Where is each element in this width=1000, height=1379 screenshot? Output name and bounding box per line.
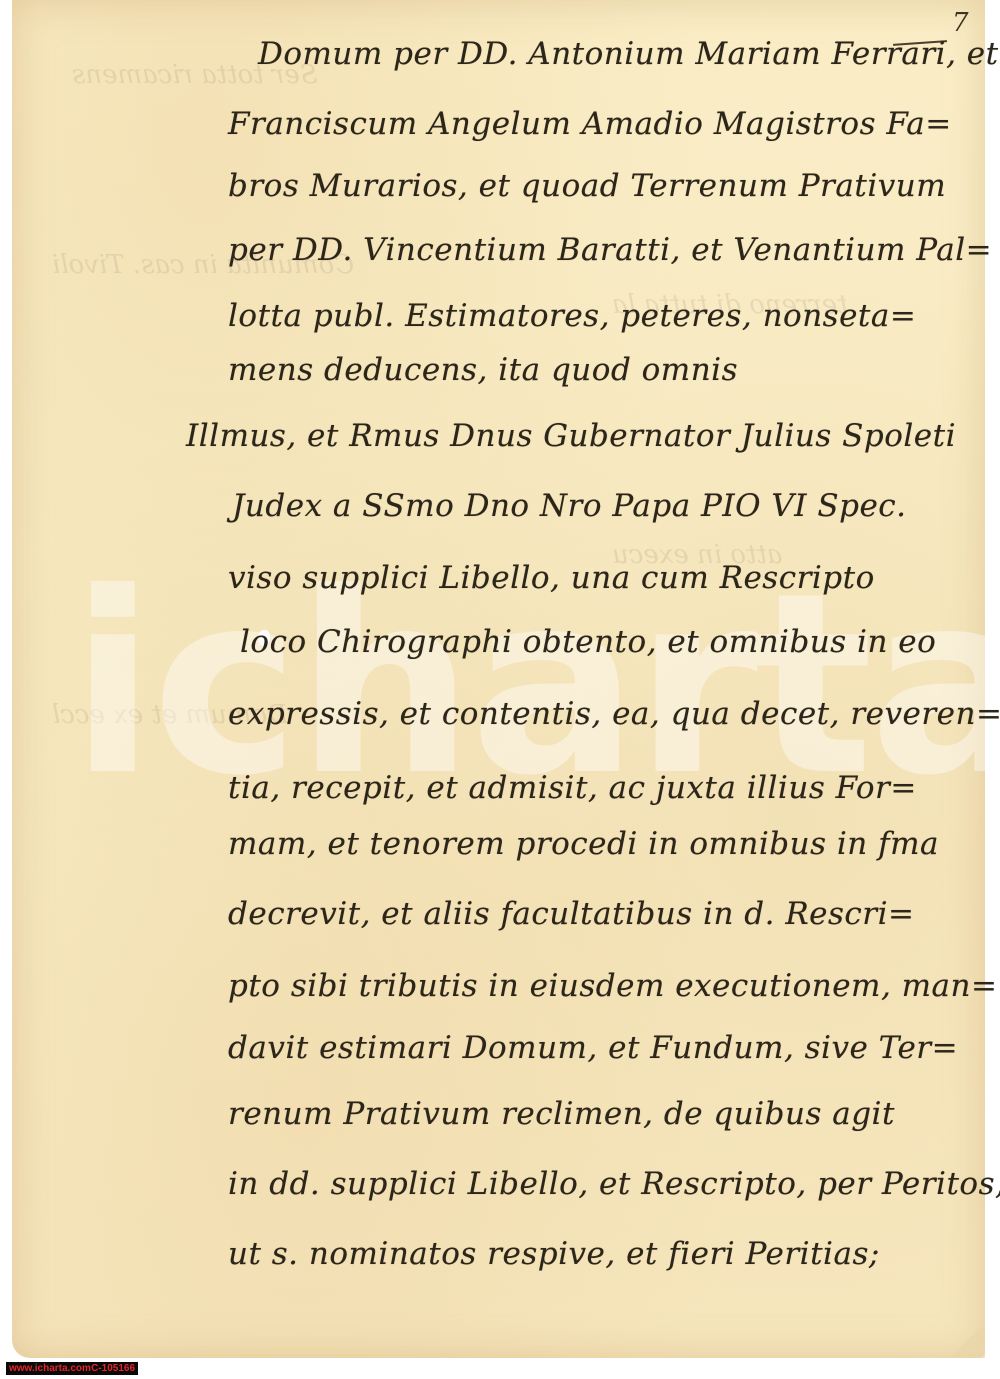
manuscript-line: decrevit, et aliis facultatibus in d. Re… (228, 896, 915, 932)
manuscript-line: renum Prativum reclimen, de quibus agit (228, 1096, 895, 1132)
manuscript-line: pto sibi tributis in eiusdem executionem… (228, 968, 997, 1004)
manuscript-line: in dd. supplici Libello, et Rescripto, p… (228, 1166, 1000, 1202)
manuscript-line: davit estimari Domum, et Fundum, sive Te… (228, 1030, 958, 1066)
manuscript-line: Domum per DD. Antonium Mariam Ferrari, e… (258, 36, 999, 72)
source-code: C-105166 (91, 1364, 135, 1374)
source-label: www.icharta.com C-105166 (6, 1362, 138, 1375)
manuscript-line: Judex a SSmo Dno Nro Papa PIO VI Spec. (232, 488, 907, 524)
manuscript-line: Illmus, et Rmus Dnus Gubernator Julius S… (186, 418, 956, 454)
manuscript-line: viso supplici Libello, una cum Rescripto (228, 560, 875, 596)
manuscript-line: mam, et tenorem procedi in omnibus in fm… (228, 826, 939, 862)
source-site: www.icharta.com (9, 1364, 91, 1374)
manuscript-line: loco Chirographi obtento, et omnibus in … (240, 624, 936, 660)
manuscript-line: ut s. nominatos respive, et fieri Periti… (228, 1236, 880, 1272)
manuscript-line: tia, recepit, et admisit, ac juxta illiu… (228, 770, 917, 806)
manuscript-line: per DD. Vincentium Baratti, et Venantium… (228, 232, 992, 268)
manuscript-line: lotta publ. Estimatores, peteres, nonset… (228, 298, 916, 334)
manuscript-line: Franciscum Angelum Amadio Magistros Fa= (228, 106, 952, 142)
manuscript-line: bros Murarios, et quoad Terrenum Prativu… (228, 168, 946, 204)
manuscript-line: mens deducens, ita quod omnis (228, 352, 738, 388)
manuscript-line: expressis, et contentis, ea, qua decet, … (228, 696, 1000, 732)
page-number: 7 (952, 8, 969, 38)
